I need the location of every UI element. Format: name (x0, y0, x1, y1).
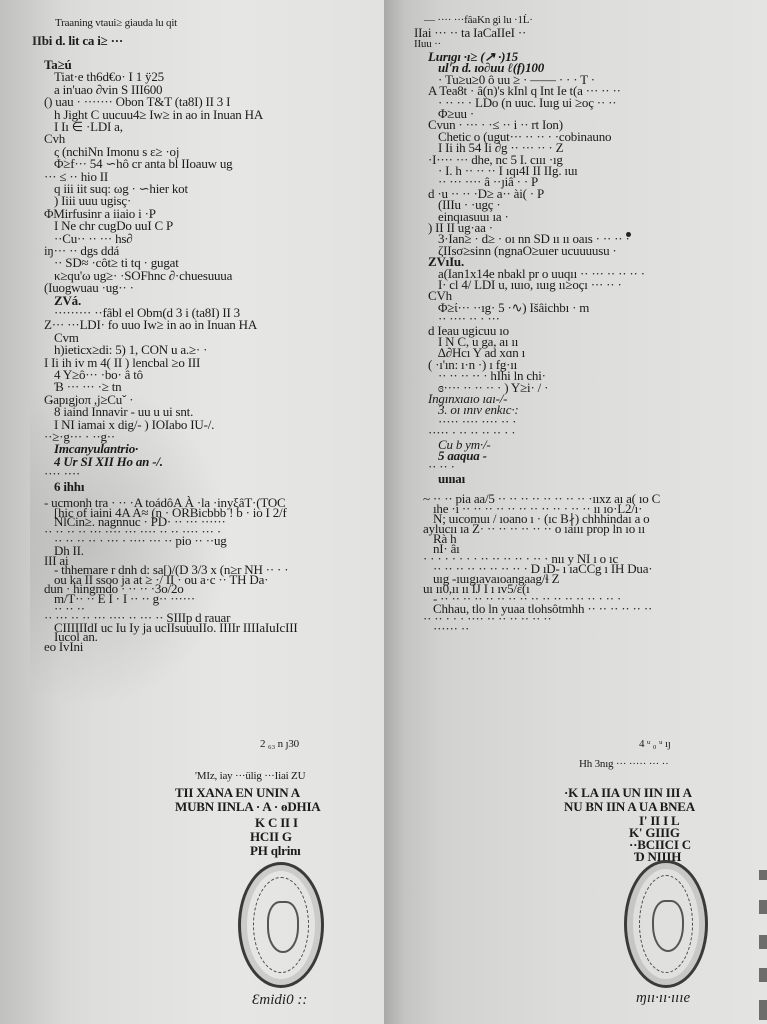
edge-mark (759, 968, 767, 982)
right-org-line-2: NU BN IIN A UA BNEA (564, 800, 695, 813)
right-page: — ···· ···fâaKn gi lu ·1Ĺ· IIai ··· ·· t… (384, 0, 767, 1024)
text-line: Dh II. (54, 544, 84, 557)
left-header-1: Traaning vtaui≥ giauda lu qit (55, 17, 177, 30)
left-title-line-1: K C II I (255, 816, 298, 829)
left-org-line-1: TII XANA EN UNIN A (175, 786, 300, 799)
text-line: ζIIsσ≥sinn (ngnaO≥uıer ucuuuusu · (438, 244, 617, 257)
text-line: (Iuogwuau ·ug·· · (44, 281, 134, 294)
right-date-line: 4 ᵘ ₀ ᵘ ıȷ (639, 738, 671, 751)
text-line: uıııaı (438, 472, 465, 485)
text-line: eo IvIni (44, 640, 83, 653)
left-place-line: 'MIz, iay ···ülig ···Iiai ZU (195, 770, 305, 783)
edge-mark (759, 870, 767, 880)
left-org-line-2: MUBN IINLA · A · ɵDHIA (175, 800, 321, 813)
left-title-line-3: PH qlrinı (250, 844, 301, 857)
edge-mark (759, 935, 767, 949)
left-page: Traaning vtaui≥ giauda lu qit IIbi d. li… (0, 0, 384, 1024)
text-line: 6 ihhı (54, 480, 84, 493)
left-title-line-2: HCII G (250, 830, 292, 843)
right-official-seal (624, 860, 708, 988)
edge-mark (759, 1000, 767, 1020)
left-official-seal (238, 862, 324, 988)
text-line: ······ ·· (433, 622, 469, 635)
left-header-2: IIbi d. lit ca i≥ ··· (32, 34, 123, 47)
right-org-line-1: ·K LA IIA UN IIN III A (564, 786, 692, 799)
right-signature: ɱıı·ıı·ıııe (636, 990, 690, 1007)
left-signature: Ɛmidi0 :: (252, 992, 307, 1009)
edge-mark (759, 900, 767, 914)
text-line: I· cl 4/ LDI u, ıuıo, ıuıg ıı≥oçı ··· ··… (438, 278, 622, 291)
left-date-line: 2 ₆₃ n ȷ30 (260, 738, 299, 751)
ink-dot (626, 232, 631, 237)
right-place-line: Hh 3nıg ··· ····· ··· ·· (579, 758, 669, 771)
